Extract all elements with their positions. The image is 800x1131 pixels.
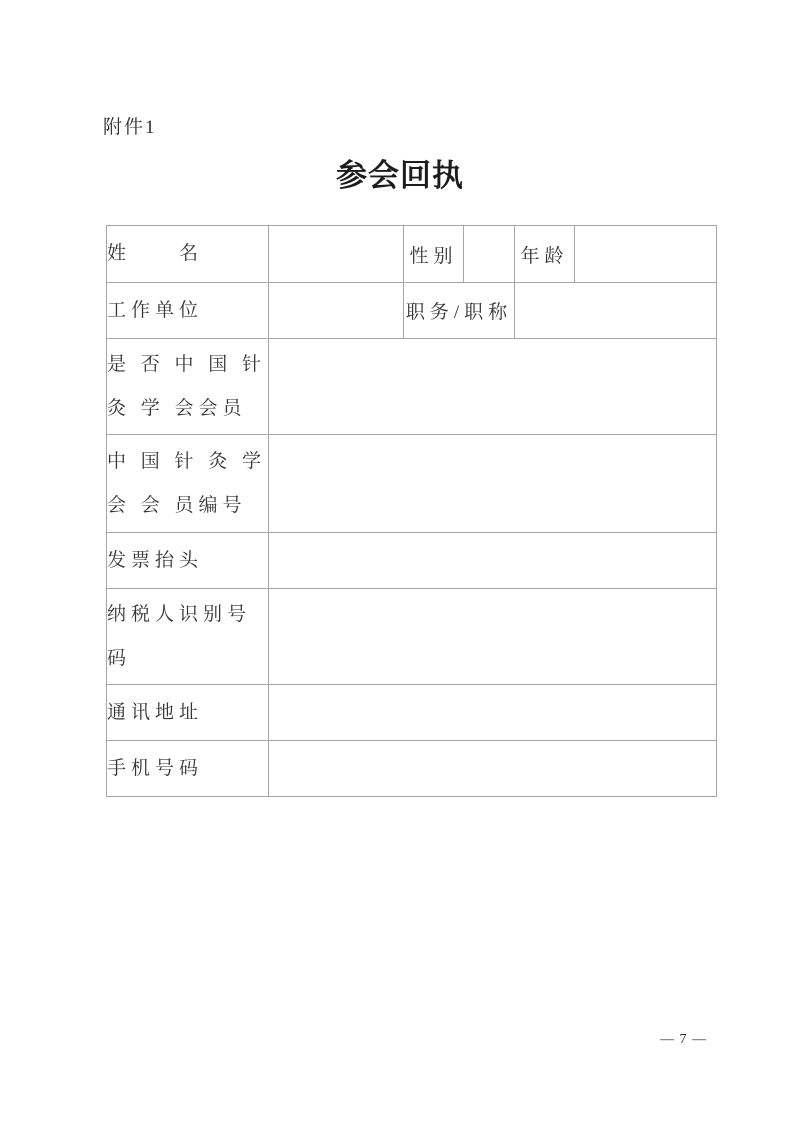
work-unit-label-cell: 工作单位 — [107, 283, 269, 339]
position-label-cell: 职务/职称 — [404, 283, 515, 339]
member-question-value-cell — [269, 339, 717, 435]
member-number-label-cell: 中 国 针 灸 学 会 会 员编号 — [107, 435, 269, 533]
name-value-cell — [269, 226, 404, 283]
invoice-title-label-cell: 发票抬头 — [107, 533, 269, 589]
row-name: 姓 名 性别 年龄 — [107, 226, 717, 283]
row-taxpayer-id: 纳税人识别号 码 — [107, 589, 717, 685]
taxpayer-id-value-cell — [269, 589, 717, 685]
age-value-cell — [575, 226, 717, 283]
row-is-member: 是 否 中 国 针 灸 学 会会员 — [107, 339, 717, 435]
address-label-cell: 通讯地址 — [107, 685, 269, 741]
mobile-value-cell — [269, 741, 717, 797]
attachment-label: 附件1 — [103, 112, 157, 139]
row-address: 通讯地址 — [107, 685, 717, 741]
page-number: — 7 — — [660, 1032, 707, 1048]
gender-value-cell — [464, 226, 515, 283]
row-member-number: 中 国 针 灸 学 会 会 员编号 — [107, 435, 717, 533]
row-work-unit: 工作单位 职务/职称 — [107, 283, 717, 339]
reply-form-table: 姓 名 性别 年龄 工作单位 职务/职称 是 否 中 国 针 灸 学 会会员 中… — [106, 225, 717, 797]
document-page: 附件1 参会回执 姓 名 性别 年龄 工作单位 职务/职称 — [0, 0, 800, 1131]
member-number-value-cell — [269, 435, 717, 533]
taxpayer-id-label-cell: 纳税人识别号 码 — [107, 589, 269, 685]
age-label-cell: 年龄 — [515, 226, 575, 283]
invoice-title-value-cell — [269, 533, 717, 589]
row-invoice-title: 发票抬头 — [107, 533, 717, 589]
mobile-label-cell: 手机号码 — [107, 741, 269, 797]
page-title: 参会回执 — [0, 150, 800, 195]
member-question-label-cell: 是 否 中 国 针 灸 学 会会员 — [107, 339, 269, 435]
name-label-cell: 姓 名 — [107, 226, 269, 283]
gender-label-cell: 性别 — [404, 226, 464, 283]
address-value-cell — [269, 685, 717, 741]
work-unit-value-cell — [269, 283, 404, 339]
row-mobile: 手机号码 — [107, 741, 717, 797]
position-value-cell — [515, 283, 717, 339]
